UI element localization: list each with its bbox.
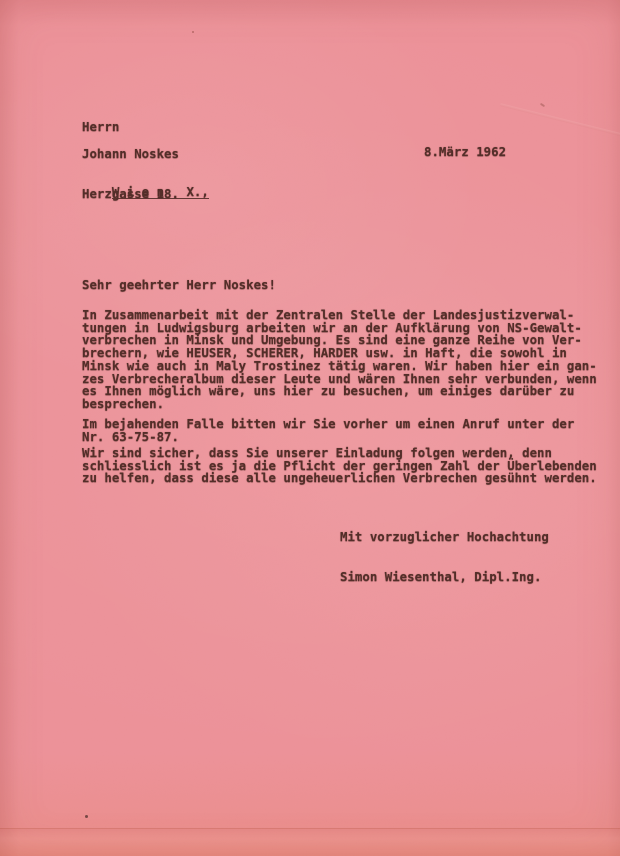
closing-line: Mit vorzuglicher Hochachtung (340, 531, 549, 544)
paper-speck (192, 31, 194, 33)
salutation: Sehr geehrter Herr Noskes! (82, 279, 276, 292)
body-paragraph-3: Wir sind sicher, dass Sie unserer Einlad… (82, 447, 612, 485)
letter-date: 8.März 1962 (424, 146, 506, 159)
recipient-title: Herrn (82, 121, 119, 134)
paper-fiber (540, 103, 545, 108)
paper-fold-bottom (0, 828, 620, 856)
recipient-name: Johann Noskes (82, 148, 179, 161)
body-paragraph-1: In Zusammenarbeit mit der Zentralen Stel… (82, 309, 612, 411)
letter-page: Herrn Johann Noskes 8.März 1962 W i e n … (0, 0, 620, 856)
body-paragraph-2: Im bejahenden Falle bitten wir Sie vorhe… (82, 418, 612, 443)
paper-crease (500, 103, 620, 140)
recipient-street: Herzgasse 18. (82, 188, 179, 201)
paper-speck (85, 815, 88, 818)
signature-line: Simon Wiesenthal, Dipl.Ing. (340, 571, 541, 584)
